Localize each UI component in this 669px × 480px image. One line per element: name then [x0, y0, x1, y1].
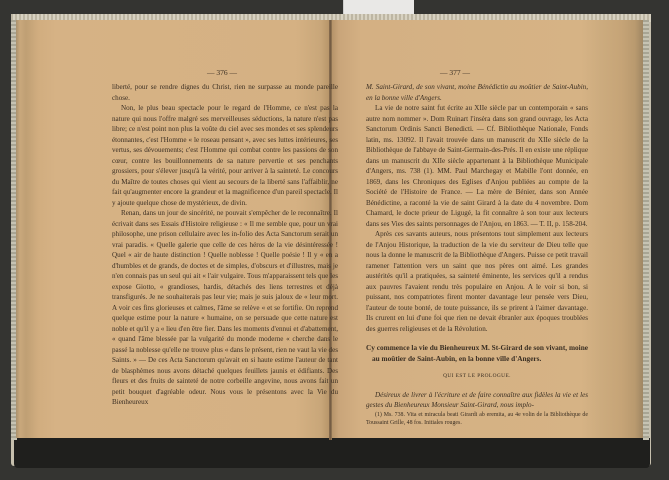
paragraph: La vie de notre saint fut écrite au XIIe…	[366, 103, 588, 229]
left-page-text: liberté, pour se rendre dignes du Christ…	[112, 82, 338, 408]
incipit-heading: Cy commence la vie du Bienheureux M. St-…	[366, 343, 588, 364]
prologue-heading: QUI EST LE PROLOGUE.	[366, 371, 588, 382]
opening-line: M. Saint-Girard, de son vivant, moine Bé…	[366, 82, 588, 103]
paragraph: Renan, dans un jour de sincérité, ne pou…	[112, 208, 338, 408]
footnote: (1) Ms. 738. Vita et miracula beati Gira…	[366, 411, 588, 427]
paragraph: Non, le plus beau spectacle pour le rega…	[112, 103, 338, 208]
right-page-text: M. Saint-Girard, de son vivant, moine Bé…	[366, 82, 588, 427]
paragraph: liberté, pour se rendre dignes du Christ…	[112, 82, 338, 103]
right-page-number: — 377 —	[440, 68, 470, 77]
book-cover-bottom	[14, 438, 650, 468]
left-page-number: — 376 —	[207, 68, 237, 77]
right-page-edges	[643, 20, 649, 440]
prologue-text: Désireux de livrer à l'écriture et de fa…	[366, 390, 588, 411]
paragraph: Après ces savants auteurs, nous présento…	[366, 229, 588, 334]
